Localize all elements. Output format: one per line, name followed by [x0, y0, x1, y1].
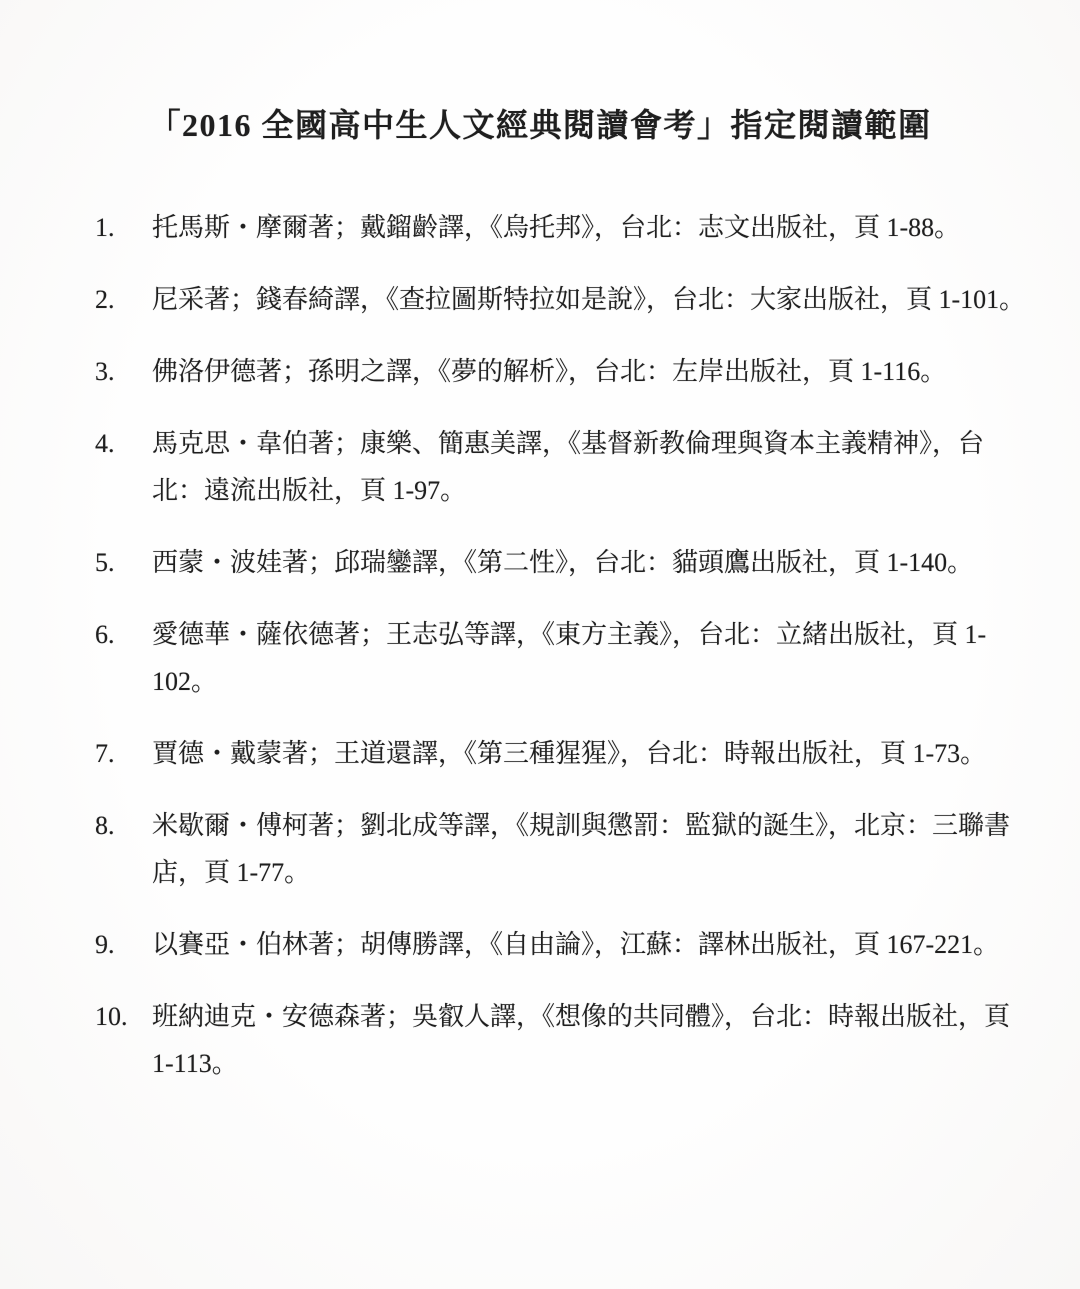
- item-number: 10.: [95, 993, 152, 1040]
- list-item: 1. 托馬斯・摩爾著；戴鎦齡譯，《烏托邦》，台北：志文出版社，頁 1-88。: [95, 204, 1080, 251]
- item-number: 8.: [95, 802, 152, 849]
- item-number: 9.: [95, 921, 152, 968]
- item-text: 賈德・戴蒙著；王道還譯，《第三種猩猩》，台北：時報出版社，頁 1-73。: [152, 730, 1032, 777]
- item-text: 以賽亞・伯林著；胡傳勝譯，《自由論》，江蘇：譯林出版社，頁 167-​221。: [152, 921, 1032, 968]
- item-text: 馬克思・韋伯著；康樂、簡惠美譯，《基督新教倫理與資本主義精神》，台北：遠流出版社…: [152, 420, 1032, 514]
- item-text: 米歇爾・傅柯著；劉北成等譯，《規訓與懲罰：監獄的誕生》，北京：三聯書店，頁 1-…: [152, 802, 1032, 896]
- item-text: 尼采著；錢春綺譯，《查拉圖斯特拉如是說》，台北：大家出版社，頁 1-​101。: [152, 276, 1032, 323]
- item-text: 西蒙・波娃著；邱瑞鑾譯，《第二性》，台北：貓頭鷹出版社，頁 1-140。: [152, 539, 1032, 586]
- item-number: 4.: [95, 420, 152, 467]
- item-number: 1.: [95, 204, 152, 251]
- list-item: 5. 西蒙・波娃著；邱瑞鑾譯，《第二性》，台北：貓頭鷹出版社，頁 1-140。: [95, 539, 1080, 586]
- list-item: 2. 尼采著；錢春綺譯，《查拉圖斯特拉如是說》，台北：大家出版社，頁 1-​10…: [95, 276, 1080, 323]
- item-text: 愛德華・薩依德著；王志弘等譯，《東方主義》，台北：立緒出版社，頁 1-​102。: [152, 611, 1032, 705]
- list-item: 10. 班納迪克・安德森著；吳叡人譯，《想像的共同體》，台北：時報出版社，頁 1…: [95, 993, 1080, 1087]
- item-text: 班納迪克・安德森著；吳叡人譯，《想像的共同體》，台北：時報出版社，頁 1-113…: [152, 993, 1032, 1087]
- list-item: 4. 馬克思・韋伯著；康樂、簡惠美譯，《基督新教倫理與資本主義精神》，台北：遠流…: [95, 420, 1080, 514]
- page-title: 「2016 全國高中生人文經典閱讀會考」指定閱讀範圍: [0, 96, 1080, 154]
- list-item: 3. 佛洛伊德著；孫明之譯，《夢的解析》，台北：左岸出版社，頁 1-116。: [95, 348, 1080, 395]
- item-number: 2.: [95, 276, 152, 323]
- list-item: 8. 米歇爾・傅柯著；劉北成等譯，《規訓與懲罰：監獄的誕生》，北京：三聯書店，頁…: [95, 802, 1080, 896]
- item-number: 5.: [95, 539, 152, 586]
- item-text: 佛洛伊德著；孫明之譯，《夢的解析》，台北：左岸出版社，頁 1-116。: [152, 348, 1032, 395]
- list-item: 7. 賈德・戴蒙著；王道還譯，《第三種猩猩》，台北：時報出版社，頁 1-73。: [95, 730, 1080, 777]
- reading-list: 1. 托馬斯・摩爾著；戴鎦齡譯，《烏托邦》，台北：志文出版社，頁 1-88。 2…: [0, 204, 1080, 1087]
- item-text: 托馬斯・摩爾著；戴鎦齡譯，《烏托邦》，台北：志文出版社，頁 1-88。: [152, 204, 1032, 251]
- scanned-document-page: 「2016 全國高中生人文經典閱讀會考」指定閱讀範圍 1. 托馬斯・摩爾著；戴鎦…: [0, 0, 1080, 1289]
- list-item: 9. 以賽亞・伯林著；胡傳勝譯，《自由論》，江蘇：譯林出版社，頁 167-​22…: [95, 921, 1080, 968]
- item-number: 7.: [95, 730, 152, 777]
- item-number: 3.: [95, 348, 152, 395]
- list-item: 6. 愛德華・薩依德著；王志弘等譯，《東方主義》，台北：立緒出版社，頁 1-​1…: [95, 611, 1080, 705]
- item-number: 6.: [95, 611, 152, 658]
